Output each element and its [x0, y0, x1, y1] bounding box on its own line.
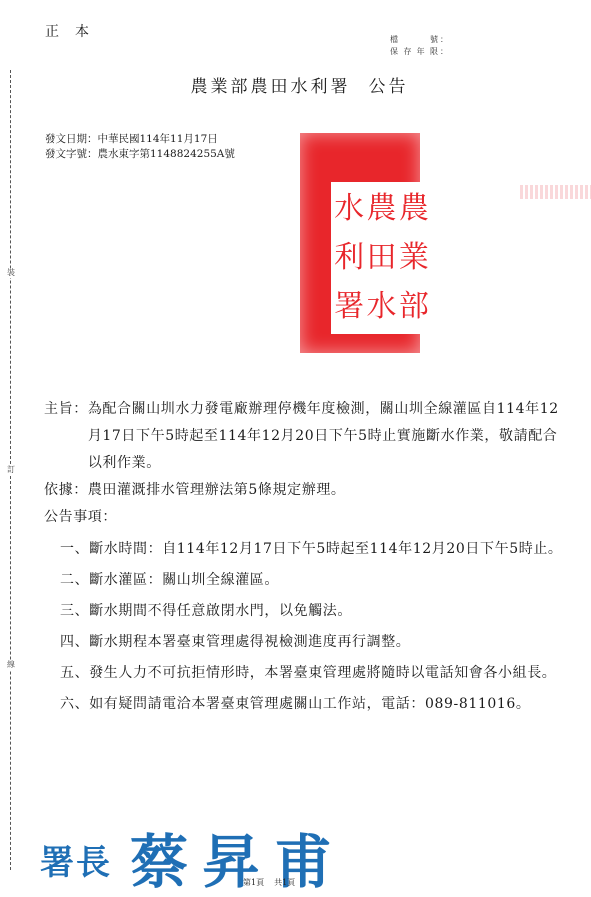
retention-label: 保存年限 — [390, 46, 438, 58]
subject-paragraph: 主旨： 為配合關山圳水力發電廠辦理停機年度檢測，關山圳全線灌區自114年12月1… — [44, 396, 564, 477]
list-item: 四、 斷水期程本署臺東管理處得視檢測進度再行調整。 — [60, 629, 565, 656]
official-seal: 水 農 農 利 田 業 署 水 部 — [300, 133, 420, 353]
item-number: 一、 — [60, 536, 89, 563]
item-text: 斷水灌區：關山圳全線灌區。 — [89, 567, 565, 594]
signatory-name: 蔡昇甫 — [130, 828, 346, 896]
seal-glyph: 業 — [398, 243, 430, 273]
basis-text: 農田灌溉排水管理辦法第5條規定辦理。 — [88, 477, 564, 504]
signature-block: 署長蔡昇甫 — [40, 815, 346, 897]
binding-label-zhuang: 裝 — [5, 268, 17, 278]
archive-info: 檔 號 ： 保存年限 ： — [390, 34, 448, 58]
items-heading: 公告事項： — [44, 504, 564, 531]
issue-date-row: 發文日期：中華民國114年11月17日 — [45, 132, 235, 147]
item-number: 二、 — [60, 567, 89, 594]
item-text: 斷水時間：自114年12月17日下午5時起至114年12月20日下午5時止。 — [89, 536, 565, 563]
item-text: 斷水期間不得任意啟閉水門，以免觸法。 — [89, 598, 565, 625]
colon: ： — [440, 34, 448, 46]
item-number: 三、 — [60, 598, 89, 625]
list-item: 一、 斷水時間：自114年12月17日下午5時起至114年12月20日下午5時止… — [60, 536, 565, 563]
item-text: 斷水期程本署臺東管理處得視檢測進度再行調整。 — [89, 629, 565, 656]
issue-number: 農水東字第1148824255A號 — [98, 148, 235, 160]
list-item: 六、 如有疑問請電洽本署臺東管理處關山工作站，電話：089-811016。 — [60, 691, 565, 718]
copy-mark: 正本 — [45, 21, 105, 41]
basis-paragraph: 依據： 農田灌溉排水管理辦法第5條規定辦理。 — [44, 477, 564, 504]
announcement-items: 一、 斷水時間：自114年12月17日下午5時起至114年12月20日下午5時止… — [60, 536, 565, 722]
issue-date-label: 發文日期： — [45, 133, 98, 145]
issue-number-row: 發文字號：農水東字第1148824255A號 — [45, 147, 235, 162]
list-item: 三、 斷水期間不得任意啟閉水門，以免觸法。 — [60, 598, 565, 625]
document-title: 農業部農田水利署公告 — [0, 72, 591, 97]
seal-glyph: 部 — [398, 292, 430, 322]
colon: ： — [440, 46, 448, 58]
seal-glyph: 水 — [365, 292, 397, 322]
document-meta: 發文日期：中華民國114年11月17日 發文字號：農水東字第1148824255… — [45, 132, 235, 162]
item-number: 四、 — [60, 629, 89, 656]
issue-number-label: 發文字號： — [45, 148, 98, 160]
seal-glyph: 水 — [333, 194, 365, 224]
retention-row: 保存年限 ： — [390, 46, 448, 58]
document-type: 公告 — [369, 77, 409, 97]
issue-date: 中華民國114年11月17日 — [98, 133, 218, 145]
item-text: 如有疑問請電洽本署臺東管理處關山工作站，電話：089-811016。 — [89, 691, 565, 718]
page-footer: 第1頁共1頁 — [243, 877, 295, 888]
seal-glyph: 利 — [333, 243, 365, 273]
page-number: 第1頁 — [243, 878, 264, 887]
subject-label: 主旨： — [44, 396, 88, 477]
file-number-row: 檔 號 ： — [390, 34, 448, 46]
subject-section: 主旨： 為配合關山圳水力發電廠辦理停機年度檢測，關山圳全線灌區自114年12月1… — [44, 396, 564, 531]
seal-glyph: 農 — [398, 194, 430, 224]
item-text: 發生人力不可抗拒情形時，本署臺東管理處將隨時以電話知會各小組長。 — [89, 660, 565, 687]
binding-label-xian: 線 — [5, 660, 17, 670]
binding-label-ding: 訂 — [5, 465, 17, 475]
subject-text: 為配合關山圳水力發電廠辦理停機年度檢測，關山圳全線灌區自114年12月17日下午… — [88, 396, 564, 477]
seal-glyph: 農 — [365, 194, 397, 224]
item-number: 六、 — [60, 691, 89, 718]
seal-bleed-mark — [520, 185, 591, 199]
signatory-title: 署長 — [40, 843, 112, 883]
basis-label: 依據： — [44, 477, 88, 504]
list-item: 二、 斷水灌區：關山圳全線灌區。 — [60, 567, 565, 594]
file-number-label: 檔 號 — [390, 34, 438, 46]
item-number: 五、 — [60, 660, 89, 687]
seal-characters: 水 農 農 利 田 業 署 水 部 — [333, 184, 430, 332]
seal-glyph: 署 — [333, 292, 365, 322]
agency-name: 農業部農田水利署 — [191, 77, 351, 97]
seal-glyph: 田 — [365, 243, 397, 273]
list-item: 五、 發生人力不可抗拒情形時，本署臺東管理處將隨時以電話知會各小組長。 — [60, 660, 565, 687]
page-total: 共1頁 — [274, 878, 295, 887]
